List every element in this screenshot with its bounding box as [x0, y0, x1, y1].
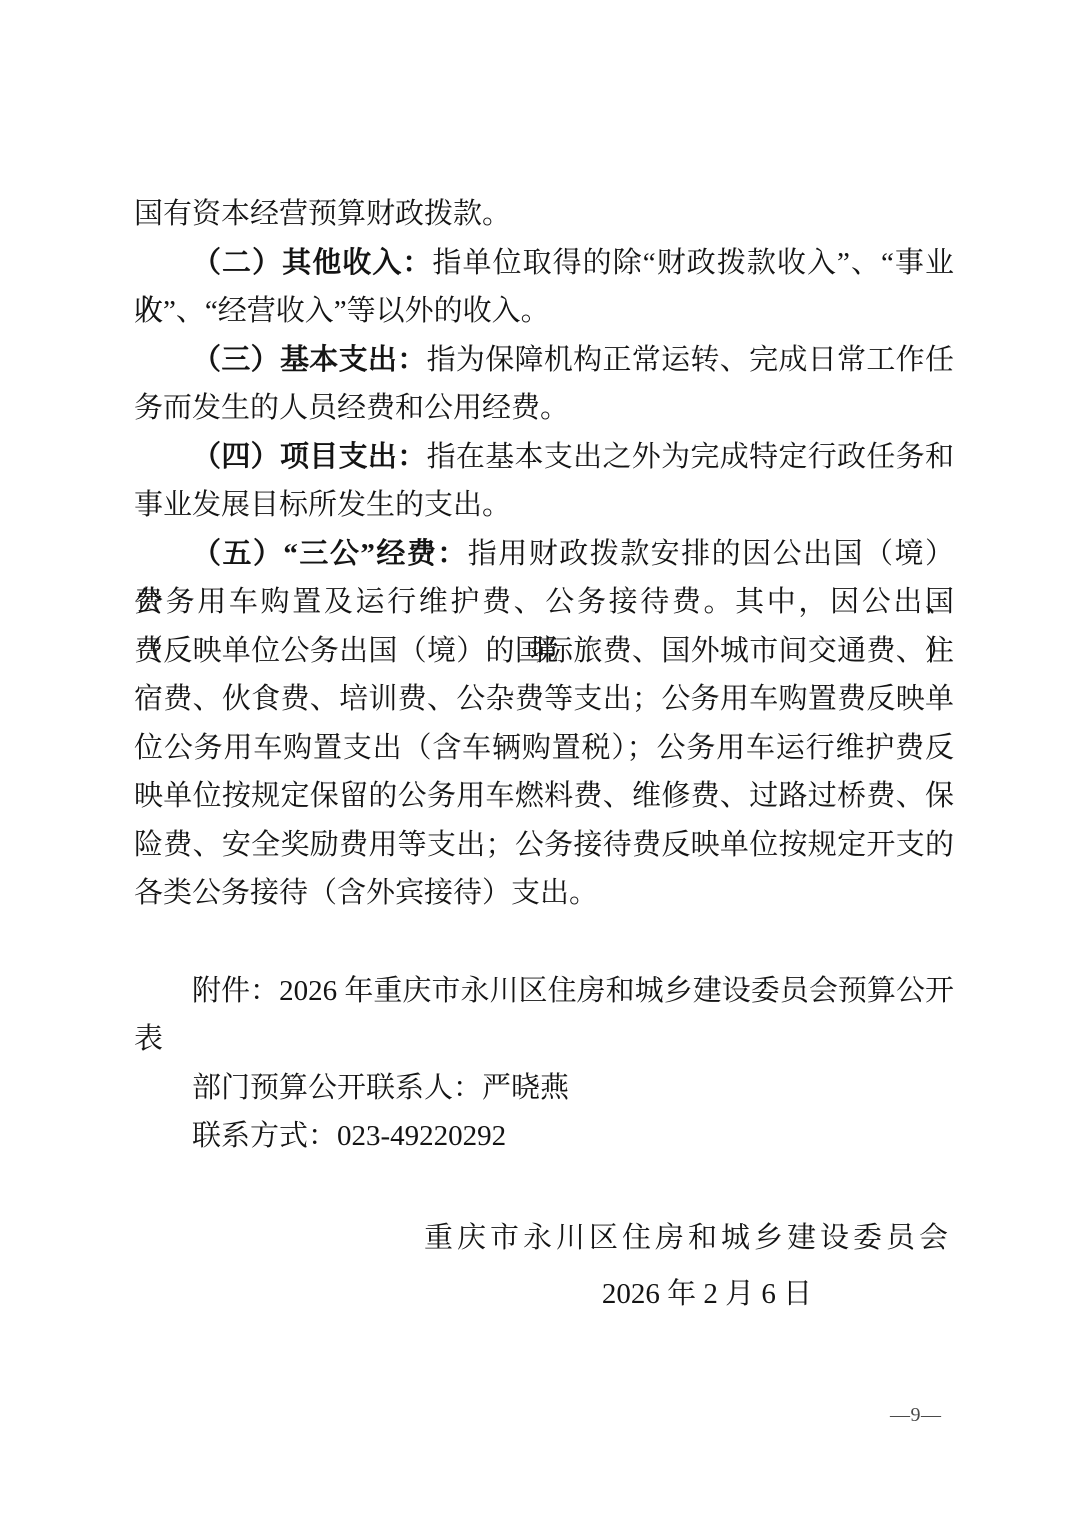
body-line: 入”、“经营收入”等以外的收入。 — [134, 287, 954, 336]
body-line: 事业发展目标所发生的支出。 — [134, 481, 954, 530]
section-label: （四）项目支出： — [192, 441, 427, 473]
body-line: （三）基本支出：指为保障机构正常运转、完成日常工作任 — [134, 336, 954, 385]
body-line: 位公务用车购置支出（含车辆购置税）；公务用车运行维护费反 — [134, 724, 954, 773]
signature-date: 2026 年 2 月 6 日 — [424, 1270, 956, 1318]
body-line: （五）“三公”经费：指用财政拨款安排的因公出国（境）费、 — [134, 530, 954, 579]
body-text: 指在基本支出之外为完成特定行政任务和 — [427, 441, 954, 473]
attachment-line: 附件：2026 年重庆市永川区住房和城乡建设委员会预算公开 — [134, 967, 954, 1016]
contact-person-line: 部门预算公开联系人：严晓燕 — [134, 1064, 954, 1113]
body-line: （二）其他收入：指单位取得的除“财政拨款收入”、“事业收 — [134, 239, 954, 288]
body-text: 指为保障机构正常运转、完成日常工作任 — [427, 344, 954, 376]
body-line: 映单位按规定保留的公务用车燃料费、维修费、过路过桥费、保 — [134, 772, 954, 821]
body-line: 公务用车购置及运行维护费、公务接待费。其中，因公出国（境） — [134, 578, 954, 627]
body-line: 宿费、伙食费、培训费、公杂费等支出；公务用车购置费反映单 — [134, 675, 954, 724]
body-line: 险费、安全奖励费用等支出；公务接待费反映单位按规定开支的 — [134, 821, 954, 870]
signature-block: 重庆市永川区住房和城乡建设委员会 2026 年 2 月 6 日 — [424, 1214, 956, 1318]
document-page: 国有资本经营预算财政拨款。 （二）其他收入：指单位取得的除“财政拨款收入”、“事… — [0, 0, 1074, 1520]
attachment-line: 表 — [134, 1015, 954, 1064]
section-label: （三）基本支出： — [192, 344, 427, 376]
body-line: （四）项目支出：指在基本支出之外为完成特定行政任务和 — [134, 433, 954, 482]
document-body: 国有资本经营预算财政拨款。 （二）其他收入：指单位取得的除“财政拨款收入”、“事… — [134, 190, 954, 1318]
body-line: 费反映单位公务出国（境）的国际旅费、国外城市间交通费、住 — [134, 627, 954, 676]
page-number: —9— — [890, 1402, 960, 1428]
body-line: 各类公务接待（含外宾接待）支出。 — [134, 869, 954, 918]
section-label: （五）“三公”经费： — [192, 538, 468, 570]
contact-phone-line: 联系方式：023-49220292 — [134, 1112, 954, 1161]
signature-organization: 重庆市永川区住房和城乡建设委员会 — [424, 1214, 956, 1262]
body-line: 务而发生的人员经费和公用经费。 — [134, 384, 954, 433]
section-label: （二）其他收入： — [192, 247, 432, 279]
body-line: 国有资本经营预算财政拨款。 — [134, 190, 954, 239]
